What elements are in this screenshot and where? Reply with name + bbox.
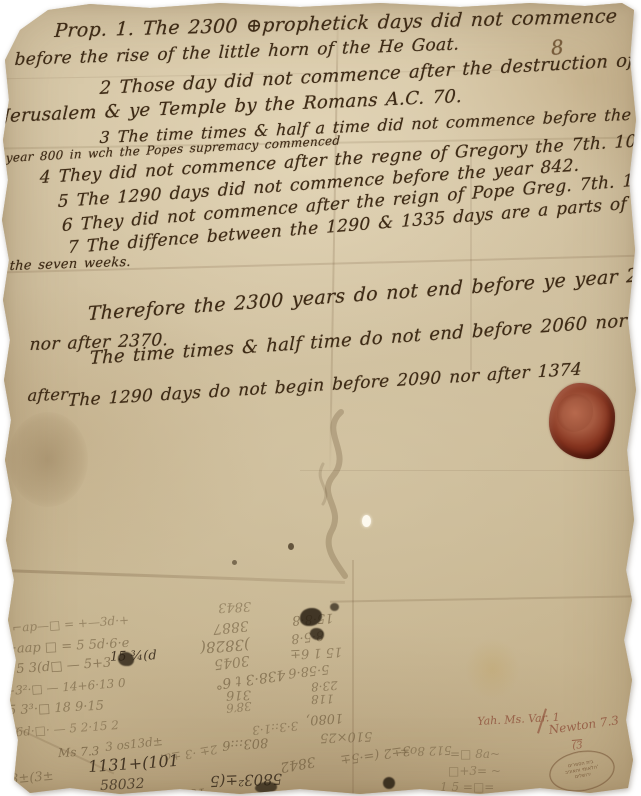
calc-fragment: 2± ·3 ±a.	[159, 743, 218, 765]
calc-fragment: 510×25	[320, 729, 373, 744]
paper-shadow: Prop. 1. The 2300 ⊕prophetick days did n…	[0, 0, 641, 796]
ink-showthrough-mark	[293, 404, 383, 584]
calc-fragment: 3·3::1·3	[251, 720, 298, 737]
calc-fragment: 512 8o=	[400, 744, 452, 758]
calc-fragment: 1080,	[306, 711, 344, 727]
conclusion-line: The 1290 days do not begin before 2090 n…	[68, 362, 583, 411]
conclusion-line: after	[27, 387, 68, 404]
calc-fragment: 18·38	[168, 785, 206, 796]
calc-fragment: 1 6d·□· — 5 2·15 2	[4, 719, 120, 739]
speck-1	[288, 543, 294, 550]
calc-fragment: 1 5 =□=	[440, 781, 494, 793]
wax-seal	[549, 383, 615, 459]
calc-fragment: 5·58·6	[287, 662, 329, 679]
crease-fold-right	[330, 595, 641, 602]
calc-fragment: 3045	[213, 653, 250, 671]
calc-fragment: 15 3(d□ — 5+3	[8, 656, 112, 676]
stain-yellow-right	[465, 638, 520, 700]
calc-fragment: 23·8	[311, 679, 338, 693]
crease-horizontal-3	[300, 470, 641, 471]
manuscript-photo: Prop. 1. The 2300 ⊕prophetick days did n…	[0, 0, 641, 796]
calc-fragment: 3842	[279, 754, 317, 774]
calc-fragment: 3 os13d±	[105, 735, 164, 753]
ink-blot	[310, 628, 324, 640]
calc-fragment: ⌐ap—□ = +—3d·+	[12, 614, 130, 634]
calc-fragment: 3843	[218, 599, 252, 614]
calc-fragment: □+3= ~	[448, 765, 501, 777]
calc-fragment: 3887	[212, 618, 249, 636]
calc-fragment: 15 1 6±	[290, 645, 343, 661]
calc-fragment: 803:::6	[222, 735, 269, 751]
manuscript-line: Prop. 1. The 2300 ⊕prophetick days did n…	[54, 7, 618, 41]
calc-fragment: 5 3³·□ 18 9·15	[8, 699, 105, 717]
calc-fragment: Ms 7.3	[58, 745, 100, 759]
calc-fragment: 13±(3±	[2, 770, 55, 787]
calc-fragment: 58032	[100, 777, 145, 793]
manuscript-page: Prop. 1. The 2300 ⊕prophetick days did n…	[0, 0, 641, 796]
ink-blot	[255, 782, 277, 793]
stamp-text-line: ירושלים	[575, 772, 592, 780]
calc-fragment: +3²·□ — 14+6·13 0	[5, 677, 126, 697]
ink-blot	[118, 652, 134, 666]
ink-stain-left	[8, 412, 88, 507]
conclusion-line: The time times & half time do not end be…	[90, 312, 628, 368]
library-stamp: בית הספרים הלאומי והאוניב' ירושלים	[546, 746, 618, 796]
ink-blot	[330, 603, 339, 611]
crease-fold-strong	[0, 569, 345, 584]
calc-fragment: =□ 8a~	[450, 748, 500, 760]
calc-fragment: 38′6	[226, 700, 253, 714]
manuscript-line: the seven weeks.	[9, 256, 131, 273]
paper-hole	[362, 515, 371, 527]
speck-2	[232, 560, 237, 565]
ink-blot	[383, 777, 395, 789]
calc-fragment: 118	[311, 693, 334, 706]
